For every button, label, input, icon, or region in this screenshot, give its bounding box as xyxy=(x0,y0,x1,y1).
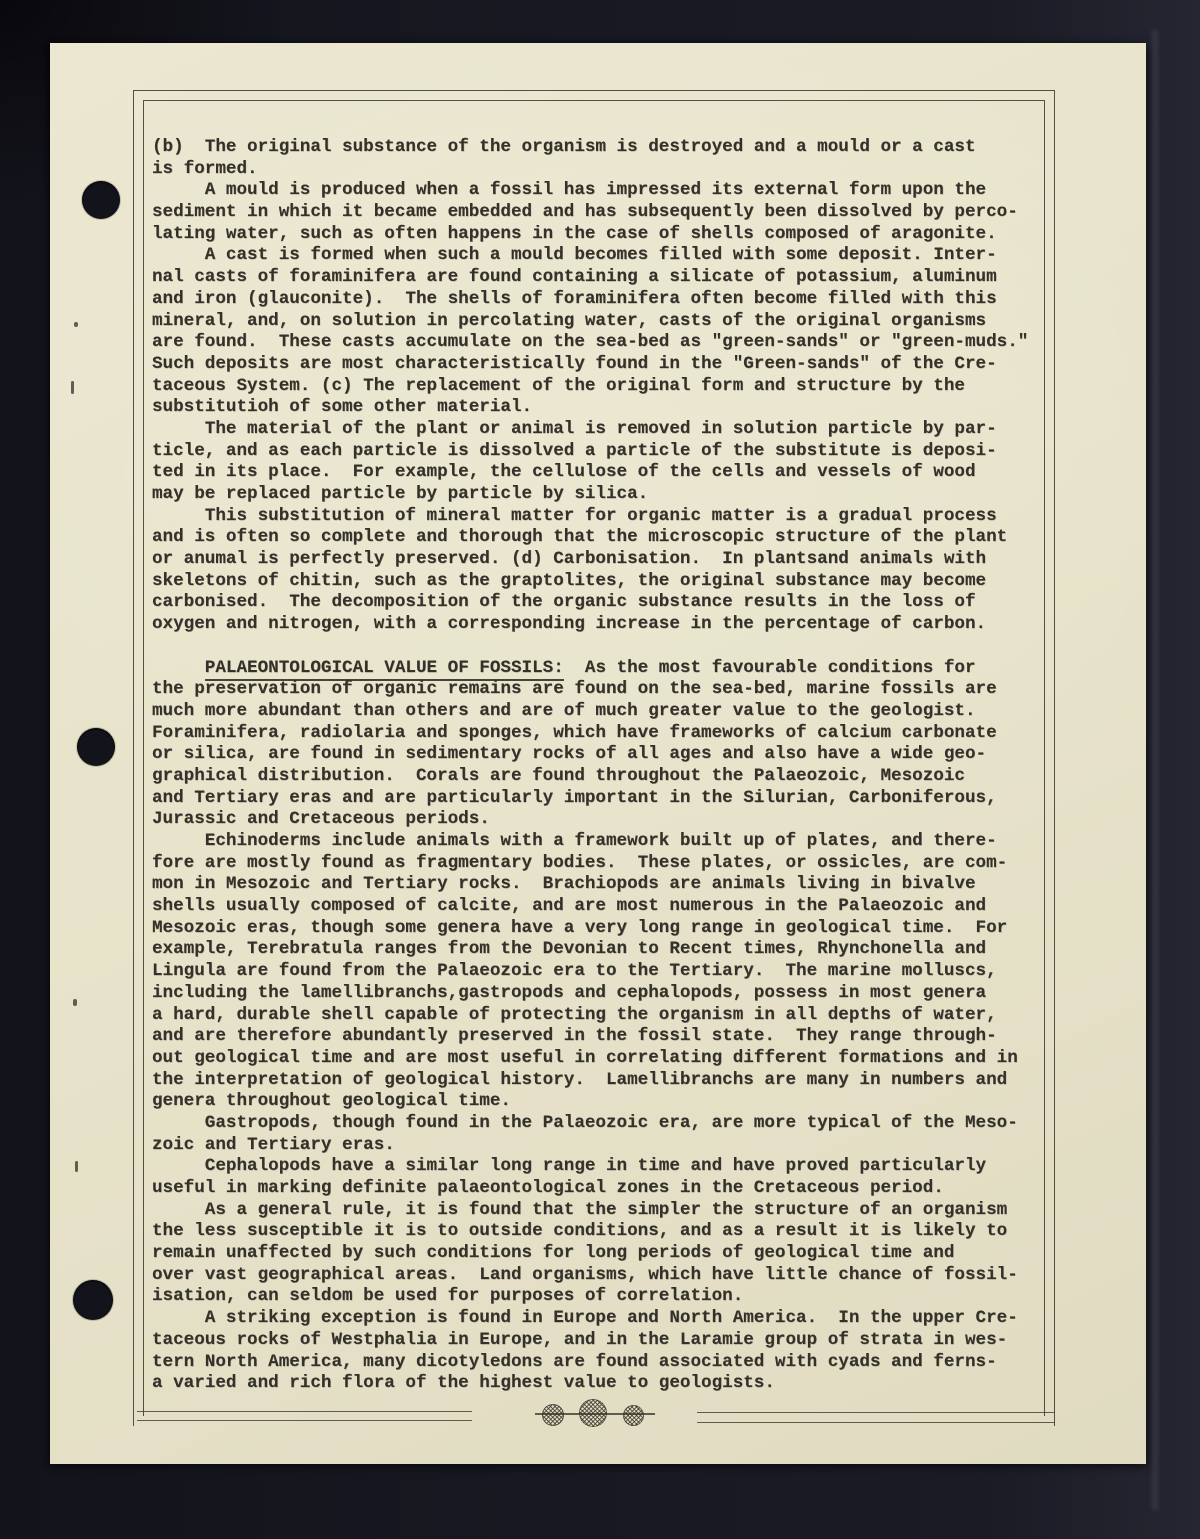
text-line: lating water, such as often happens in t… xyxy=(152,224,1057,246)
heading-line-rest: As the most favourable conditions for xyxy=(564,658,976,678)
bottom-ornament xyxy=(535,1401,655,1429)
bottom-rule-left xyxy=(137,1411,472,1421)
text-line: taceous rocks of Westphalia in Europe, a… xyxy=(152,1330,1057,1352)
text-line: This substitution of mineral matter for … xyxy=(152,506,1057,528)
text-line: PALAEONTOLOGICAL VALUE OF FOSSILS: As th… xyxy=(152,658,1057,680)
text-line: genera throughout geological time. xyxy=(152,1091,1057,1113)
text-line: or silica, are found in sedimentary rock… xyxy=(152,744,1057,766)
text-line: out geological time and are most useful … xyxy=(152,1048,1057,1070)
text-line: and iron (glauconite). The shells of for… xyxy=(152,289,1057,311)
typewritten-text: (b) The original substance of the organi… xyxy=(152,137,1057,1395)
paper-speck xyxy=(71,381,74,394)
text-line xyxy=(152,636,1057,658)
text-line: may be replaced particle by particle by … xyxy=(152,484,1057,506)
text-line: ticle, and as each particle is dissolved… xyxy=(152,441,1057,463)
text-line: Echinoderms include animals with a frame… xyxy=(152,831,1057,853)
text-line: The material of the plant or animal is r… xyxy=(152,419,1057,441)
text-line: Such deposits are most characteristicall… xyxy=(152,354,1057,376)
text-line: substitutioh of some other material. xyxy=(152,397,1057,419)
hole-punch-top xyxy=(82,181,120,219)
text-line: graphical distribution. Corals are found… xyxy=(152,766,1057,788)
text-line: over vast geographical areas. Land organ… xyxy=(152,1265,1057,1287)
text-line: much more abundant than others and are o… xyxy=(152,701,1057,723)
text-line: isation, can seldom be used for purposes… xyxy=(152,1286,1057,1308)
text-line: remain unaffected by such conditions for… xyxy=(152,1243,1057,1265)
photo-background: (b) The original substance of the organi… xyxy=(0,0,1200,1539)
text-line: sediment in which it became embedded and… xyxy=(152,202,1057,224)
text-line: taceous System. (c) The replacement of t… xyxy=(152,376,1057,398)
text-line: nal casts of foraminifera are found cont… xyxy=(152,267,1057,289)
text-line: the preservation of organic remains are … xyxy=(152,679,1057,701)
text-line: a hard, durable shell capable of protect… xyxy=(152,1005,1057,1027)
text-line: a varied and rich flora of the highest v… xyxy=(152,1373,1057,1395)
text-line: skeletons of chitin, such as the graptol… xyxy=(152,571,1057,593)
hole-punch-bottom xyxy=(73,1280,113,1320)
text-line: ted in its place. For example, the cellu… xyxy=(152,462,1057,484)
text-line: and are therefore abundantly preserved i… xyxy=(152,1026,1057,1048)
page-stack-edge xyxy=(1152,30,1158,1510)
text-line: shells usually composed of calcite, and … xyxy=(152,896,1057,918)
text-line: and is often so complete and thorough th… xyxy=(152,527,1057,549)
heading-indent xyxy=(152,658,205,678)
ornament-circle-icon xyxy=(542,1404,564,1426)
text-line: Gastropods, though found in the Palaeozo… xyxy=(152,1113,1057,1135)
text-line: Foraminifera, radiolaria and sponges, wh… xyxy=(152,723,1057,745)
text-line: the less susceptible it is to outside co… xyxy=(152,1221,1057,1243)
text-line: is formed. xyxy=(152,159,1057,181)
text-line: Cephalopods have a similar long range in… xyxy=(152,1156,1057,1178)
text-line: fore are mostly found as fragmentary bod… xyxy=(152,853,1057,875)
paper-speck xyxy=(73,999,77,1006)
section-heading: PALAEONTOLOGICAL VALUE OF FOSSILS: xyxy=(205,658,564,681)
text-line: useful in marking definite palaeontologi… xyxy=(152,1178,1057,1200)
text-line: mineral, and, on solution in percolating… xyxy=(152,311,1057,333)
text-line: A striking exception is found in Europe … xyxy=(152,1308,1057,1330)
paper-speck xyxy=(75,1161,78,1172)
text-line: or anumal is perfectly preserved. (d) Ca… xyxy=(152,549,1057,571)
text-line: A mould is produced when a fossil has im… xyxy=(152,180,1057,202)
ornament-circle-icon xyxy=(623,1405,644,1426)
text-line: (b) The original substance of the organi… xyxy=(152,137,1057,159)
text-line: zoic and Tertiary eras. xyxy=(152,1135,1057,1157)
text-line: Jurassic and Cretaceous periods. xyxy=(152,809,1057,831)
text-line: carbonised. The decomposition of the org… xyxy=(152,592,1057,614)
text-line: including the lamellibranchs,gastropods … xyxy=(152,983,1057,1005)
text-line: example, Terebratula ranges from the Dev… xyxy=(152,939,1057,961)
document-page: (b) The original substance of the organi… xyxy=(50,43,1146,1464)
text-line: tern North America, many dicotyledons ar… xyxy=(152,1352,1057,1374)
text-line: A cast is formed when such a mould becom… xyxy=(152,245,1057,267)
text-line: and Tertiary eras and are particularly i… xyxy=(152,788,1057,810)
text-line: Mesozoic eras, though some genera have a… xyxy=(152,918,1057,940)
text-line: are found. These casts accumulate on the… xyxy=(152,332,1057,354)
bottom-rule-right xyxy=(697,1412,1054,1423)
text-line: Lingula are found from the Palaeozoic er… xyxy=(152,961,1057,983)
text-line: oxygen and nitrogen, with a correspondin… xyxy=(152,614,1057,636)
hole-punch-middle xyxy=(77,728,115,766)
text-line: As a general rule, it is found that the … xyxy=(152,1200,1057,1222)
text-line: the interpretation of geological history… xyxy=(152,1070,1057,1092)
text-line: mon in Mesozoic and Tertiary rocks. Brac… xyxy=(152,874,1057,896)
paper-speck xyxy=(74,322,78,327)
ornament-circle-icon xyxy=(579,1399,607,1427)
